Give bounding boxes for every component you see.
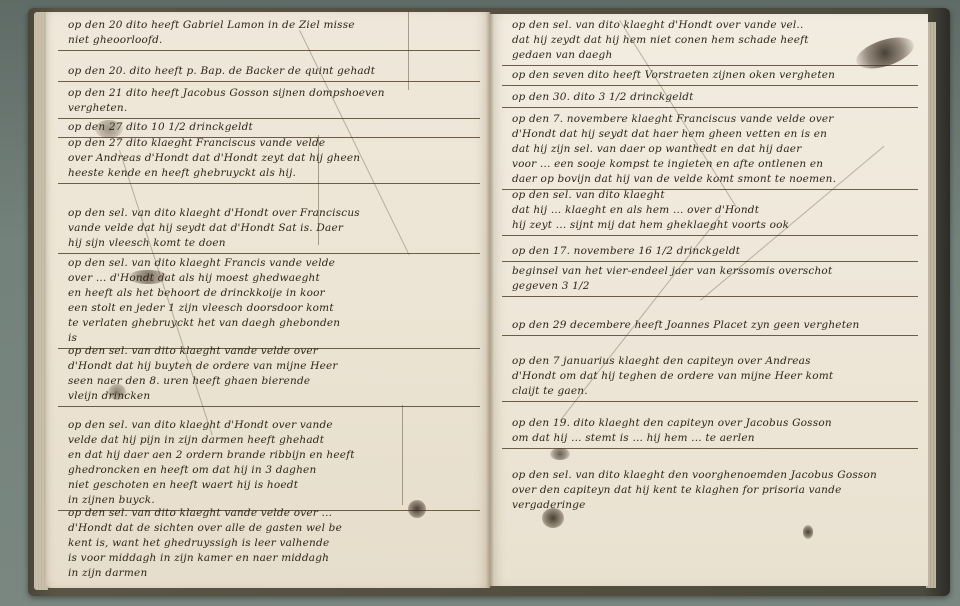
- entry-line: vergaderinge: [512, 498, 914, 513]
- entry-line: claijt te gaen.: [512, 384, 914, 399]
- ink-stroke: [318, 135, 319, 245]
- entry-line: seen naer den 8. uren heeft ghaen bieren…: [68, 374, 476, 389]
- entry-line: niet geschoten en heeft waert hij is hoe…: [68, 478, 476, 493]
- entry-line: op den 21 dito heeft Jacobus Gosson sijn…: [68, 86, 476, 101]
- entry-line: gegeven 3 1/2: [512, 279, 914, 294]
- log-entry: op den sel. van dito klaeght Francis van…: [58, 254, 480, 349]
- entry-line: op den 20 dito heeft Gabriel Lamon in de…: [68, 18, 476, 33]
- book-gutter: [486, 12, 494, 588]
- entry-line: op den sel. van dito klaeght d'Hondt ove…: [512, 18, 914, 33]
- log-entry: op den sel. van dito klaeght den voorghe…: [502, 466, 918, 515]
- entry-line: te verlaten ghebruyckt het van daegh ghe…: [68, 316, 476, 331]
- entry-line: om dat hij ... stemt is ... hij hem ... …: [512, 431, 914, 446]
- entry-line: over Andreas d'Hondt dat d'Hondt zeyt da…: [68, 151, 476, 166]
- entry-line: een stolt en jeder 1 zijn vleesch doorsd…: [68, 301, 476, 316]
- left-page: op den 20 dito heeft Gabriel Lamon in de…: [46, 12, 490, 588]
- entry-line: dat hij ... klaeght en als hem ... over …: [512, 203, 914, 218]
- entry-line: d'Hondt dat de sichten over alle de gast…: [68, 521, 476, 536]
- log-entry: op den 30. dito 3 1/2 drinckgeldt: [502, 88, 918, 108]
- log-entry: op den seven dito heeft Vorstraeten zijn…: [502, 66, 918, 86]
- entry-line: beginsel van het vier-endeel jaer van ke…: [512, 264, 914, 279]
- entry-line: op den 20. dito heeft p. Bap. de Backer …: [68, 64, 476, 79]
- entry-line: op den 30. dito 3 1/2 drinckgeldt: [512, 90, 914, 105]
- ink-blot: [803, 525, 813, 539]
- log-entry: op den 21 dito heeft Jacobus Gosson sijn…: [58, 84, 480, 119]
- entry-line: op den sel. van dito klaeght den voorghe…: [512, 468, 914, 483]
- entry-line: velde dat hij pijn in zijn darmen heeft …: [68, 433, 476, 448]
- entry-line: daer op bovijn dat hij van de velde komt…: [512, 172, 914, 187]
- entry-line: dat hij zijn sel. van daer op wanthedt e…: [512, 142, 914, 157]
- entry-line: en heeft als het behoort de drinckkoije …: [68, 286, 476, 301]
- log-entry: op den 19. dito klaeght den capiteyn ove…: [502, 414, 918, 449]
- log-entry: op den 20 dito heeft Gabriel Lamon in de…: [58, 16, 480, 51]
- entry-line: op den 27 dito 10 1/2 drinckgeldt: [68, 120, 476, 135]
- left-page-entries: op den 20 dito heeft Gabriel Lamon in de…: [46, 12, 490, 588]
- log-entry: op den sel. van dito klaeght d'Hondt ove…: [58, 416, 480, 511]
- entry-line: op den 7 januarius klaeght den capiteyn …: [512, 354, 914, 369]
- log-entry: op den 7. novembere klaeght Franciscus v…: [502, 110, 918, 190]
- entry-line: vergheten.: [68, 101, 476, 116]
- ink-blot: [108, 384, 126, 400]
- entry-line: vleijn drincken: [68, 389, 476, 404]
- entry-line: op den sel. van dito klaeght d'Hondt ove…: [68, 418, 476, 433]
- ink-blot: [542, 508, 564, 528]
- entry-line: hij sijn vleesch komt te doen: [68, 236, 476, 251]
- right-page-entries: op den sel. van dito klaeght d'Hondt ove…: [490, 14, 928, 586]
- entry-line: ghedroncken en heeft om dat hij in 3 dag…: [68, 463, 476, 478]
- entry-line: op den 19. dito klaeght den capiteyn ove…: [512, 416, 914, 431]
- entry-line: is voor middagh in zijn kamer en naer mi…: [68, 551, 476, 566]
- entry-line: op den sel. van dito klaeght vande velde…: [68, 344, 476, 359]
- ink-blot: [550, 448, 570, 460]
- right-page: op den sel. van dito klaeght d'Hondt ove…: [490, 14, 928, 586]
- entry-line: op den sel. van dito klaeght d'Hondt ove…: [68, 206, 476, 221]
- ink-stroke: [402, 405, 403, 505]
- entry-line: op den 17. novembere 16 1/2 drinckgeldt: [512, 244, 914, 259]
- ink-blot: [95, 120, 123, 138]
- entry-line: op den 7. novembere klaeght Franciscus v…: [512, 112, 914, 127]
- entry-line: op den 29 decembere heeft Joannes Placet…: [512, 318, 914, 333]
- entry-line: over den capiteyn dat hij kent te klaghe…: [512, 483, 914, 498]
- entry-line: d'Hondt dat hij seydt dat haer hem gheen…: [512, 127, 914, 142]
- ink-blot: [408, 500, 426, 518]
- entry-line: op den 27 dito klaeght Franciscus vande …: [68, 136, 476, 151]
- entry-line: niet gheoorloofd.: [68, 33, 476, 48]
- entry-line: en dat hij daer aen 2 ordern brande ribb…: [68, 448, 476, 463]
- log-entry: op den 29 decembere heeft Joannes Placet…: [502, 316, 918, 336]
- entry-line: op den sel. van dito klaeght: [512, 188, 914, 203]
- entry-line: d'Hondt dat hij buyten de ordere van mij…: [68, 359, 476, 374]
- entry-line: op den sel. van dito klaeght Francis van…: [68, 256, 476, 271]
- log-entry: op den 17. novembere 16 1/2 drinckgeldt: [502, 242, 918, 262]
- entry-line: op den seven dito heeft Vorstraeten zijn…: [512, 68, 914, 83]
- log-entry: op den 20. dito heeft p. Bap. de Backer …: [58, 62, 480, 82]
- entry-line: vande velde dat hij seydt dat d'Hondt Sa…: [68, 221, 476, 236]
- ink-stroke: [408, 10, 409, 90]
- entry-line: dat hij zeydt dat hij hem niet conen hem…: [512, 33, 914, 48]
- entry-line: d'Hondt om dat hij teghen de ordere van …: [512, 369, 914, 384]
- entry-line: gedaen van daegh: [512, 48, 914, 63]
- entry-line: in zijn darmen: [68, 566, 476, 581]
- log-entry: op den 7 januarius klaeght den capiteyn …: [502, 352, 918, 402]
- entry-line: kent is, want het ghedruyssigh is leer v…: [68, 536, 476, 551]
- log-entry: op den sel. van dito klaeght d'Hondt ove…: [58, 204, 480, 254]
